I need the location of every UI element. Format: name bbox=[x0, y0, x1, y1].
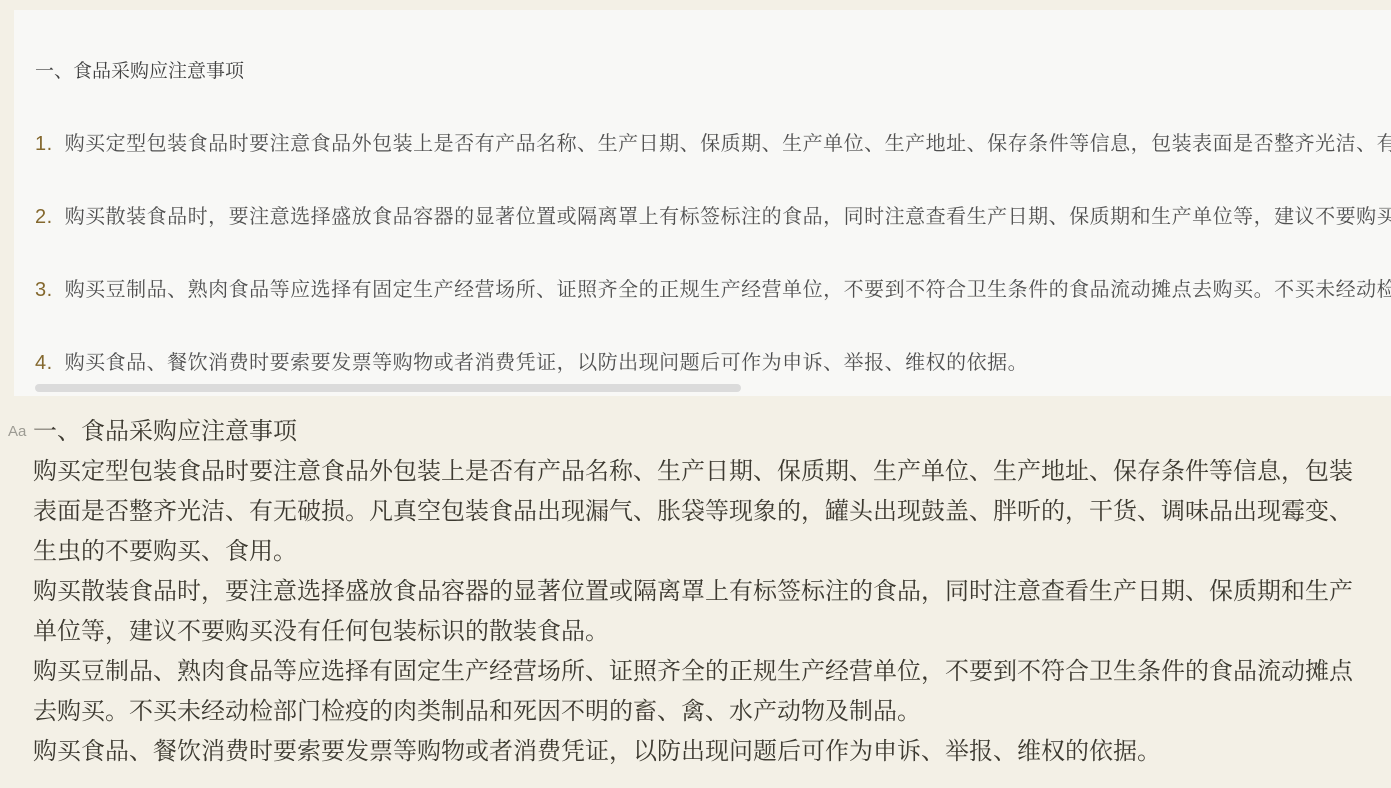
editor-paragraph[interactable]: 购买散装食品时，要注意选择盛放食品容器的显著位置或隔离罩上有标签标注的食品，同时… bbox=[33, 572, 1369, 652]
list-item-number: 4. bbox=[35, 352, 53, 374]
list-item-text: 购买食品、餐饮消费时要索要发票等购物或者消费凭证，以防出现问题后可作为申诉、举报… bbox=[65, 352, 1029, 374]
editor-paragraph[interactable]: 购买豆制品、熟肉食品等应选择有固定生产经营场所、证照齐全的正规生产经营单位，不要… bbox=[33, 652, 1369, 732]
numbered-list: 1.购买定型包装食品时要注意食品外包装上是否有产品名称、生产日期、保质期、生产单… bbox=[14, 127, 1391, 375]
editor-paragraph[interactable]: 购买定型包装食品时要注意食品外包装上是否有产品名称、生产日期、保质期、生产单位、… bbox=[33, 452, 1369, 572]
list-item: 2.购买散装食品时，要注意选择盛放食品容器的显著位置或隔离罩上有标签标注的食品，… bbox=[35, 200, 1391, 229]
horizontal-scrollbar-thumb[interactable] bbox=[35, 384, 741, 392]
list-item: 3.购买豆制品、熟肉食品等应选择有固定生产经营场所、证照齐全的正规生产经营单位，… bbox=[35, 273, 1391, 302]
list-item-text: 购买散装食品时，要注意选择盛放食品容器的显著位置或隔离罩上有标签标注的食品，同时… bbox=[65, 206, 1391, 228]
list-item-text: 购买豆制品、熟肉食品等应选择有固定生产经营场所、证照齐全的正规生产经营单位，不要… bbox=[65, 279, 1391, 301]
editor-title[interactable]: 一、食品采购应注意事项 bbox=[33, 412, 1369, 452]
editor-pane[interactable]: Aa 一、食品采购应注意事项 购买定型包装食品时要注意食品外包装上是否有产品名称… bbox=[0, 396, 1391, 788]
reading-preview-pane: 一、食品采购应注意事项 1.购买定型包装食品时要注意食品外包装上是否有产品名称、… bbox=[14, 10, 1391, 396]
list-item: 4.购买食品、餐饮消费时要索要发票等购物或者消费凭证，以防出现问题后可作为申诉、… bbox=[35, 346, 1391, 375]
editor-text-area[interactable]: 一、食品采购应注意事项 购买定型包装食品时要注意食品外包装上是否有产品名称、生产… bbox=[33, 412, 1369, 772]
list-item-text: 购买定型包装食品时要注意食品外包装上是否有产品名称、生产日期、保质期、生产单位、… bbox=[65, 133, 1391, 155]
editor-paragraph[interactable]: 购买食品、餐饮消费时要索要发票等购物或者消费凭证，以防出现问题后可作为申诉、举报… bbox=[33, 732, 1369, 772]
list-item-number: 1. bbox=[35, 133, 53, 155]
preview-section-title: 一、食品采购应注意事项 bbox=[35, 56, 1391, 83]
text-style-indicator[interactable]: Aa bbox=[8, 423, 26, 440]
list-item: 1.购买定型包装食品时要注意食品外包装上是否有产品名称、生产日期、保质期、生产单… bbox=[35, 127, 1391, 156]
list-item-number: 2. bbox=[35, 206, 53, 228]
list-item-number: 3. bbox=[35, 279, 53, 301]
